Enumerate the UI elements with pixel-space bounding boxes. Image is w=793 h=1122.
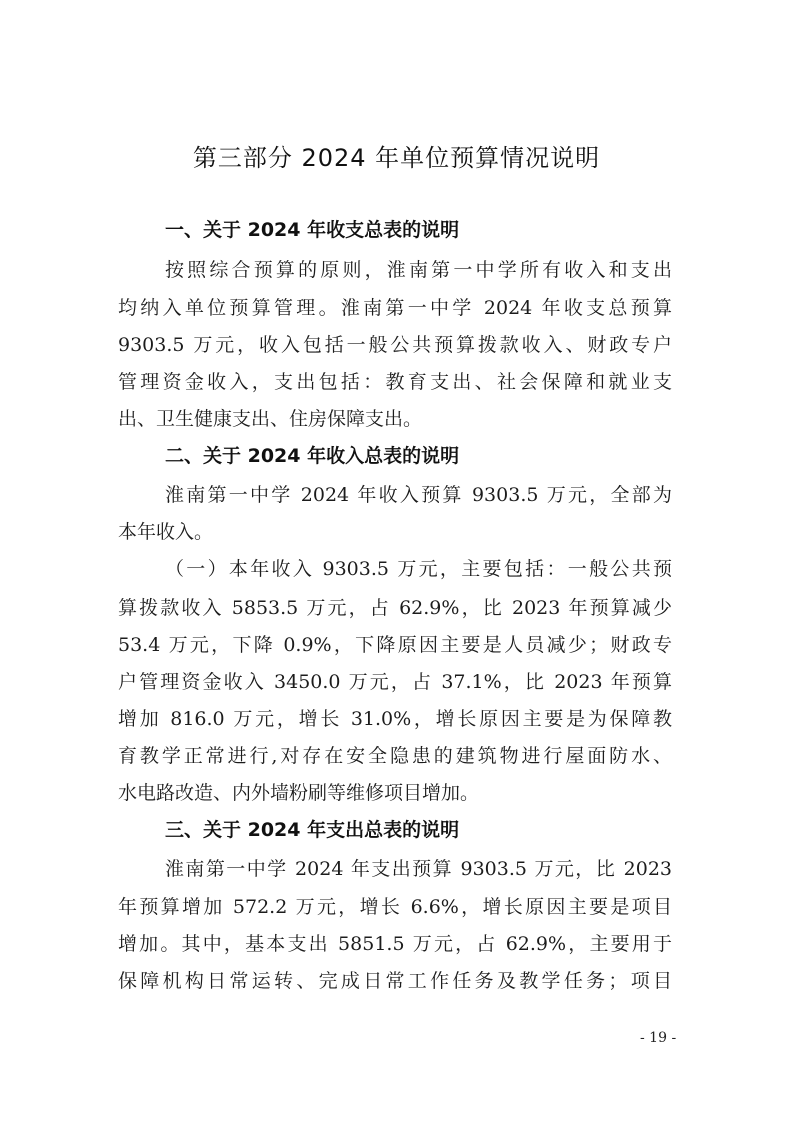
section-heading-3: 三、关于 2024 年支出总表的说明 <box>165 816 459 844</box>
paragraph-line: 水电路改造、内外墙粉刷等维修项目增加。 <box>118 779 672 807</box>
paragraph-line: 按照综合预算的原则，淮南第一中学所有收入和支出 <box>165 256 672 284</box>
page-number: - 19 - <box>640 1030 676 1046</box>
paragraph-line: （一）本年收入 9303.5 万元，主要包括：一般公共预 <box>165 555 672 583</box>
paragraph-line: 53.4 万元，下降 0.9%，下降原因主要是人员减少；财政专 <box>118 631 672 659</box>
section-heading-2: 二、关于 2024 年收入总表的说明 <box>165 442 459 470</box>
paragraph-line: 淮南第一中学 2024 年收入预算 9303.5 万元，全部为 <box>165 481 672 509</box>
document-page: 第三部分 2024 年单位预算情况说明 一、关于 2024 年收支总表的说明 按… <box>0 0 793 1122</box>
paragraph-line: 9303.5 万元，收入包括一般公共预算拨款收入、财政专户 <box>118 331 672 359</box>
paragraph-line: 均纳入单位预算管理。淮南第一中学 2024 年收支总预算 <box>118 294 672 322</box>
section-heading-1: 一、关于 2024 年收支总表的说明 <box>165 216 459 244</box>
paragraph-line: 保障机构日常运转、完成日常工作任务及教学任务；项目 <box>118 967 672 995</box>
paragraph-line: 增加 816.0 万元，增长 31.0%，增长原因主要是为保障教 <box>118 705 672 733</box>
paragraph-line: 户管理资金收入 3450.0 万元，占 37.1%，比 2023 年预算 <box>118 668 672 696</box>
paragraph-line: 年预算增加 572.2 万元，增长 6.6%，增长原因主要是项目 <box>118 893 672 921</box>
paragraph-line: 算拨款收入 5853.5 万元，占 62.9%，比 2023 年预算减少 <box>118 594 672 622</box>
paragraph-line: 本年收入。 <box>118 518 672 546</box>
paragraph-line: 淮南第一中学 2024 年支出预算 9303.5 万元，比 2023 <box>165 855 672 883</box>
paragraph-line: 管理资金收入，支出包括：教育支出、社会保障和就业支 <box>118 368 672 396</box>
paragraph-line: 增加。其中，基本支出 5851.5 万元，占 62.9%，主要用于 <box>118 930 672 958</box>
page-title: 第三部分 2024 年单位预算情况说明 <box>0 138 793 173</box>
paragraph-line: 出、卫生健康支出、住房保障支出。 <box>118 405 672 433</box>
paragraph-line: 育教学正常进行,对存在安全隐患的建筑物进行屋面防水、 <box>118 742 672 770</box>
